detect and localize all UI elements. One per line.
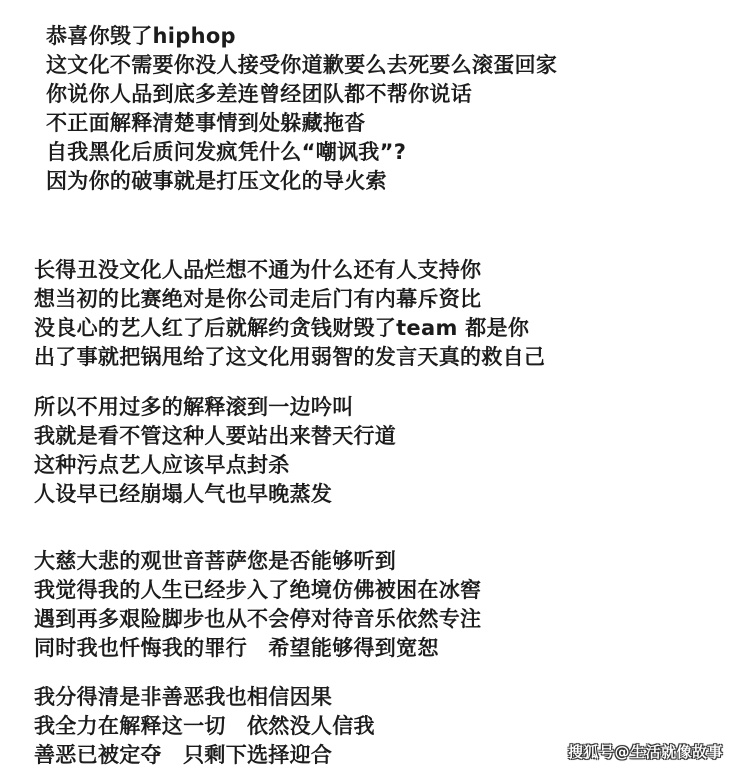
lyric-line: 这文化不需要你没人接受你道歉要么去死要么滚蛋回家: [46, 51, 557, 80]
lyric-line: 你说你人品到底多差连曾经团队都不帮你说话: [46, 80, 557, 109]
lyric-line: 我就是看不管这种人要站出来替天行道: [34, 422, 396, 451]
lyric-line: 恭喜你毁了hiphop: [46, 22, 557, 51]
lyric-line: 善恶已被定夺 只剩下选择迎合: [34, 741, 375, 770]
lyric-line: 我觉得我的人生已经步入了绝境仿佛被困在冰窖: [34, 576, 481, 605]
verse-block-5: 我分得清是非善恶我也相信因果 我全力在解释这一切 依然没人信我 善恶已被定夺 只…: [34, 683, 375, 770]
lyric-line: 想当初的比赛绝对是你公司走后门有内幕斥资比: [34, 285, 545, 314]
watermark: 搜狐号@生活就像故事: [568, 741, 723, 762]
verse-block-2: 长得丑没文化人品烂想不通为什么还有人支持你 想当初的比赛绝对是你公司走后门有内幕…: [34, 256, 545, 372]
lyric-line: 出了事就把锅甩给了这文化用弱智的发言天真的救自己: [34, 343, 545, 372]
lyric-line: 所以不用过多的解释滚到一边吟叫: [34, 393, 396, 422]
lyric-line: 大慈大悲的观世音菩萨您是否能够听到: [34, 547, 481, 576]
lyric-line: 人设早已经崩塌人气也早晚蒸发: [34, 480, 396, 509]
lyric-line: 这种污点艺人应该早点封杀: [34, 451, 396, 480]
lyric-line: 我全力在解释这一切 依然没人信我: [34, 712, 375, 741]
lyric-line: 我分得清是非善恶我也相信因果: [34, 683, 375, 712]
verse-block-1: 恭喜你毁了hiphop 这文化不需要你没人接受你道歉要么去死要么滚蛋回家 你说你…: [46, 22, 557, 196]
lyric-line: 没良心的艺人红了后就解约贪钱财毁了team 都是你: [34, 314, 545, 343]
lyric-line: 因为你的破事就是打压文化的导火索: [46, 167, 557, 196]
verse-block-4: 大慈大悲的观世音菩萨您是否能够听到 我觉得我的人生已经步入了绝境仿佛被困在冰窖 …: [34, 547, 481, 663]
lyric-line: 长得丑没文化人品烂想不通为什么还有人支持你: [34, 256, 545, 285]
lyric-line: 自我黑化后质问发疯凭什么“嘲讽我”?: [46, 138, 557, 167]
verse-block-3: 所以不用过多的解释滚到一边吟叫 我就是看不管这种人要站出来替天行道 这种污点艺人…: [34, 393, 396, 509]
lyric-line: 同时我也忏悔我的罪行 希望能够得到宽恕: [34, 634, 481, 663]
lyric-line: 不正面解释清楚事情到处躲藏拖沓: [46, 109, 557, 138]
lyric-line: 遇到再多艰险脚步也从不会停对待音乐依然专注: [34, 605, 481, 634]
